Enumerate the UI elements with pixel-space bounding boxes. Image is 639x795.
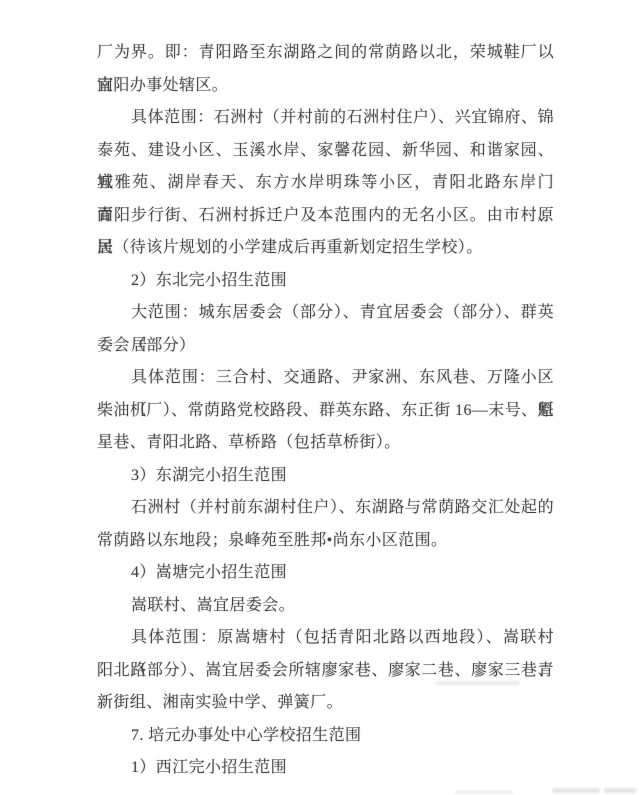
scan-smudge: [436, 681, 520, 685]
text-line: 大范围：城东居委会（部分）、青宜居委会（部分）、群英居: [97, 297, 554, 330]
text-line: 1）西江完小招生范围: [97, 752, 554, 785]
scan-smudge: [455, 790, 513, 794]
scan-smudge: [552, 788, 600, 793]
text-line: 民（待该片规划的小学建成后再重新划定招生学校）。: [97, 232, 554, 265]
document-page: 厂为界。即：青阳路至东湖路之间的常荫路以北，荣城鞋厂以南宜阳办事处辖区。具体范围…: [0, 0, 639, 795]
text-line: 厂为界。即：青阳路至东湖路之间的常荫路以北，荣城鞋厂以南: [97, 37, 554, 70]
text-line: 具体范围：原嵩塘村（包括青阳北路以西地段）、嵩联村（青: [97, 622, 554, 655]
text-line: 具体范围：三合村、交通路、尹家洲、东风巷、万隆小区（原: [97, 362, 554, 395]
text-line: 青阳步行街、石洲村拆迁户及本范围内的无名小区。由市村原居: [97, 200, 554, 233]
text-line: 常荫路以东地段；泉峰苑至胜邦•尚东小区范围。: [97, 525, 554, 558]
text-line: 嵩联村、嵩宜居委会。: [97, 590, 554, 623]
text-line: 2）东北完小招生范围: [97, 265, 554, 298]
text-line: 7. 培元办事处中心学校招生范围: [97, 720, 554, 753]
text-block: 厂为界。即：青阳路至东湖路之间的常荫路以北，荣城鞋厂以南宜阳办事处辖区。具体范围…: [97, 37, 554, 785]
text-line: 委会（部分）: [97, 330, 554, 363]
text-line: 泰苑、建设小区、玉溪水岸、家馨花园、新华园、和谐家园、宜: [97, 135, 554, 168]
text-line: 石洲村（并村前东湖村住户）、东湖路与常荫路交汇处起的: [97, 492, 554, 525]
text-line: 宜阳办事处辖区。: [97, 70, 554, 103]
text-line: 4）嵩塘完小招生范围: [97, 557, 554, 590]
text-line: 新街组、湘南实验中学、弹簧厂。: [97, 687, 554, 720]
text-line: 具体范围：石洲村（并村前的石洲村住户）、兴宜锦府、锦: [97, 102, 554, 135]
scan-smudge: [604, 788, 636, 793]
text-line: 城雅苑、湖岸春天、东方水岸明珠等小区，青阳北路东岸门面、: [97, 167, 554, 200]
text-line: 3）东湖完小招生范围: [97, 460, 554, 493]
text-line: 星巷、青阳北路、草桥路（包括草桥街）。: [97, 427, 554, 460]
text-line: 柴油机厂）、常荫路党校路段、群英东路、东正街 16—末号、魁: [97, 395, 554, 428]
